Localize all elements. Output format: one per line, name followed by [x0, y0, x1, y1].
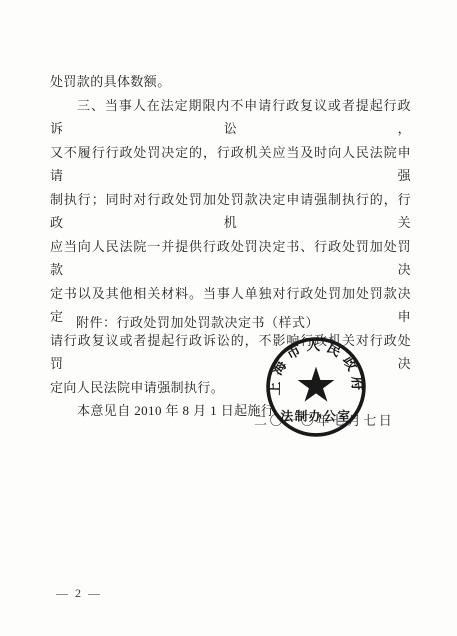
body-line: 制执行；同时对行政处罚加处罚款决定申请强制执行的，行政机关 [50, 188, 411, 235]
seal-star-icon [298, 367, 335, 402]
official-seal: 上海市人民政府 法制办公室 [264, 335, 368, 439]
attachment-line: 附件：行政处罚加处罚款决定书（样式） [76, 312, 319, 331]
body-line: 又不履行行政处罚决定的，行政机关应当及时向人民法院申请强 [50, 141, 411, 188]
body-line: 三、当事人在法定期限内不申请行政复议或者提起行政诉讼， [50, 94, 411, 141]
page-number: — 2 — [56, 586, 102, 601]
body-line: 应当向人民法院一并提供行政处罚决定书、行政处罚加处罚款决 [50, 235, 411, 282]
body-line: 处罚款的具体数额。 [50, 70, 411, 94]
seal-bottom-text: 法制办公室 [280, 409, 351, 424]
scanned-document-page: 处罚款的具体数额。 三、当事人在法定期限内不申请行政复议或者提起行政诉讼， 又不… [0, 0, 457, 636]
